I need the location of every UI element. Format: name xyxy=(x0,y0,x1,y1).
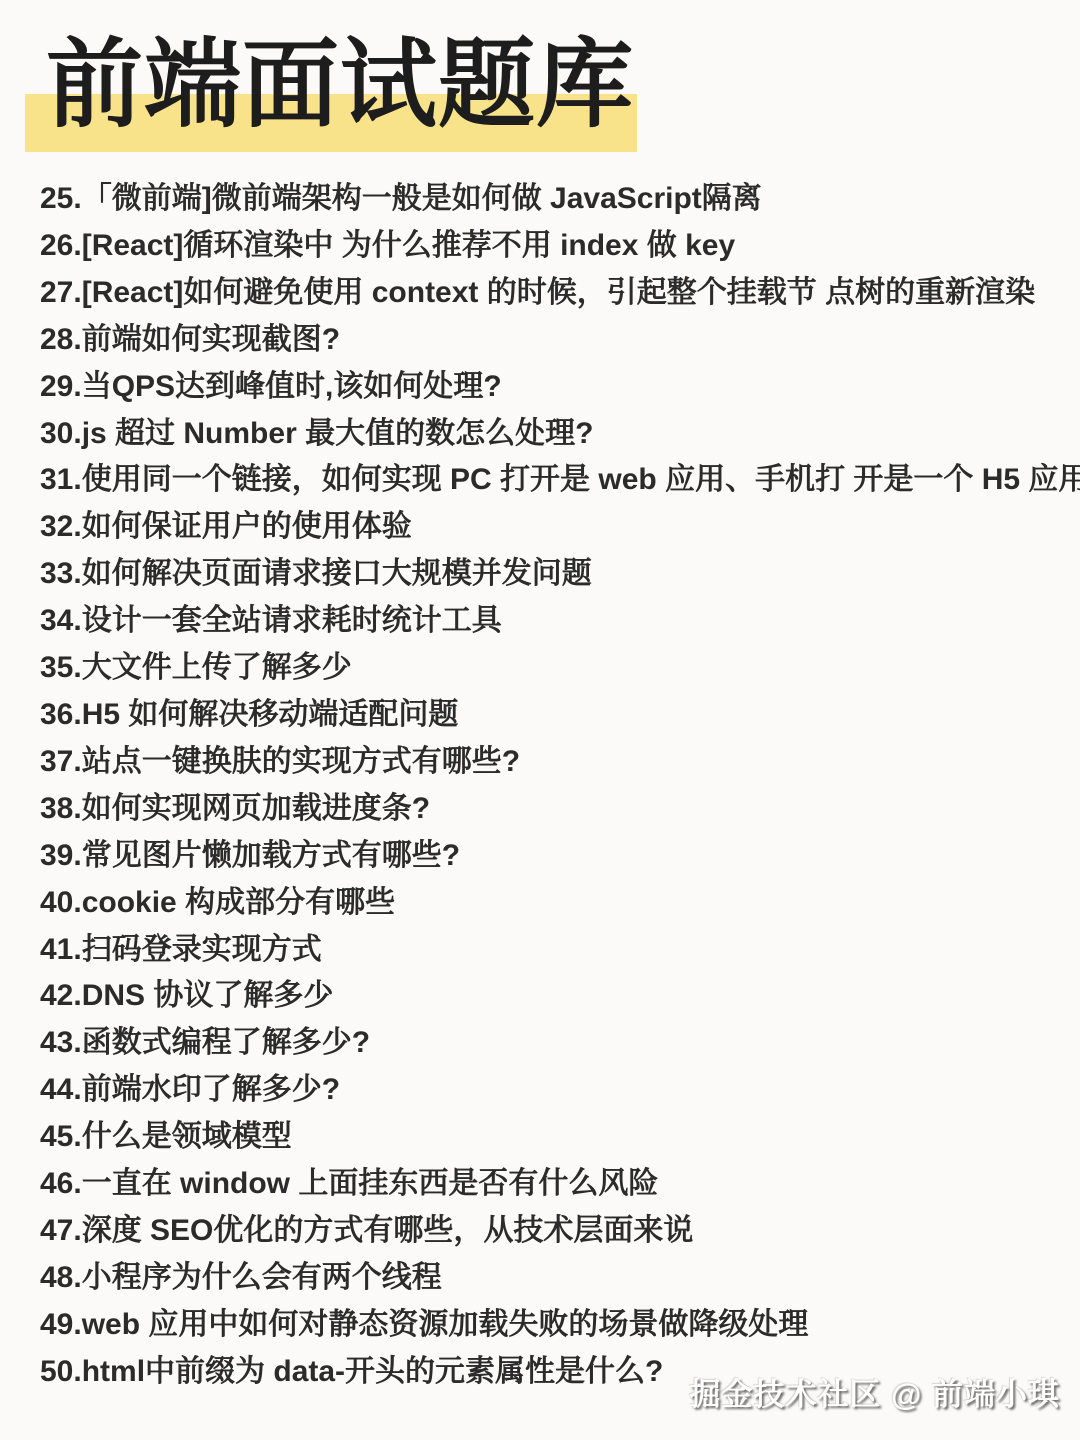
page-header: 前端面试题库 xyxy=(0,0,1080,170)
interview-question-page: 前端面试题库 25.「微前端]微前端架构一般是如何做 JavaScript隔离 … xyxy=(0,0,1080,1440)
watermark: 掘金技术社区 @ 前端小琪 xyxy=(690,1369,1060,1414)
question-item: 36.H5 如何解决移动端适配问题 xyxy=(40,692,1052,739)
question-item: 33.如何解决页面请求接口大规模并发问题 xyxy=(40,551,1052,598)
question-item: 26.[React]循环渲染中 为什么推荐不用 index 做 key xyxy=(40,223,1052,270)
question-item: 49.web 应用中如何对静态资源加载失败的场景做降级处理 xyxy=(40,1302,1052,1349)
question-item: 41.扫码登录实现方式 xyxy=(40,927,1052,974)
page-title: 前端面试题库 xyxy=(46,24,634,145)
question-item: 30.js 超过 Number 最大值的数怎么处理? xyxy=(40,411,1052,458)
question-item: 27.[React]如何避免使用 context 的时候，引起整个挂载节 点树的… xyxy=(40,270,1052,317)
question-list: 25.「微前端]微前端架构一般是如何做 JavaScript隔离 26.[Rea… xyxy=(40,176,1052,1396)
question-item: 35.大文件上传了解多少 xyxy=(40,645,1052,692)
question-item: 47.深度 SEO优化的方式有哪些，从技术层面来说 xyxy=(40,1208,1052,1255)
question-item: 25.「微前端]微前端架构一般是如何做 JavaScript隔离 xyxy=(40,176,1052,223)
question-item: 34.设计一套全站请求耗时统计工具 xyxy=(40,598,1052,645)
question-item: 48.小程序为什么会有两个线程 xyxy=(40,1255,1052,1302)
question-item: 32.如何保证用户的使用体验 xyxy=(40,504,1052,551)
question-item: 40.cookie 构成部分有哪些 xyxy=(40,880,1052,927)
question-item: 37.站点一键换肤的实现方式有哪些? xyxy=(40,739,1052,786)
question-item: 46.一直在 window 上面挂东西是否有什么风险 xyxy=(40,1161,1052,1208)
question-item: 31.使用同一个链接，如何实现 PC 打开是 web 应用、手机打 开是一个 H… xyxy=(40,457,1052,504)
question-item: 38.如何实现网页加载进度条? xyxy=(40,786,1052,833)
question-item: 44.前端水印了解多少? xyxy=(40,1067,1052,1114)
question-item: 28.前端如何实现截图? xyxy=(40,317,1052,364)
question-item: 43.函数式编程了解多少? xyxy=(40,1020,1052,1067)
question-item: 29.当QPS达到峰值时,该如何处理? xyxy=(40,364,1052,411)
question-item: 45.什么是领域模型 xyxy=(40,1114,1052,1161)
question-item: 42.DNS 协议了解多少 xyxy=(40,973,1052,1020)
question-item: 39.常见图片懒加载方式有哪些? xyxy=(40,833,1052,880)
